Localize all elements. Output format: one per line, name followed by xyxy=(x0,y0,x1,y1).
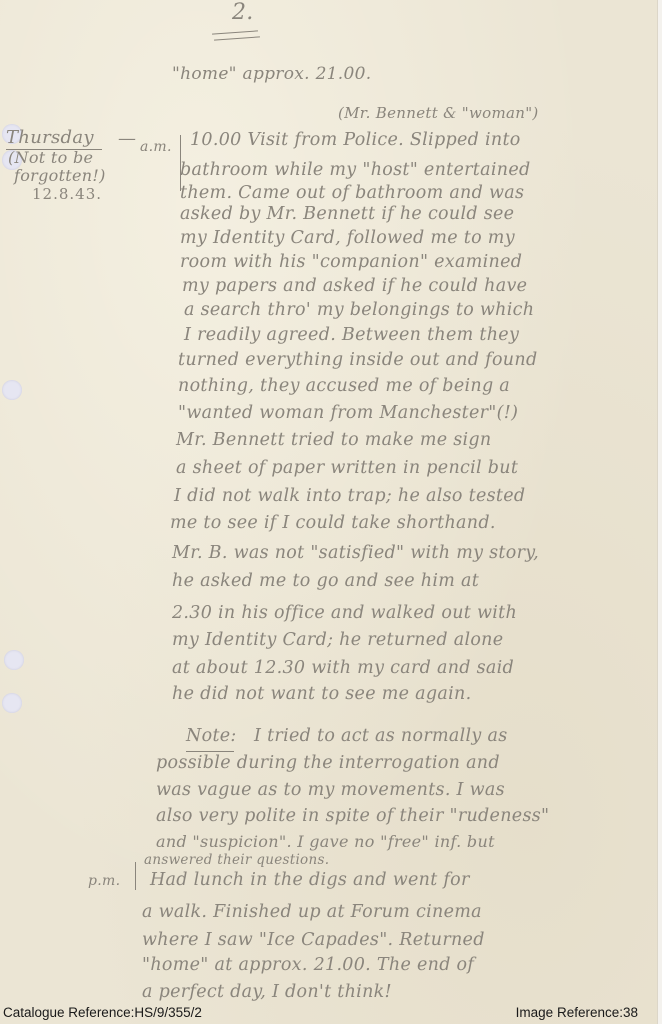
scanned-document-page: 2. "home" approx. 21.00. Thursday — (Not… xyxy=(0,0,662,1024)
am-line: asked by Mr. Bennett if he could see xyxy=(180,204,514,224)
note-line: I tried to act as normally as xyxy=(254,726,508,746)
day-note: forgotten!) xyxy=(14,166,106,185)
page-number: 2. xyxy=(232,0,254,25)
aside-note: (Mr. Bennett & "woman") xyxy=(338,104,539,122)
pm-line: a perfect day, I don't think! xyxy=(142,982,392,1002)
am-line: my Identity Card, followed me to my xyxy=(180,228,515,248)
note-line: also very polite in spite of their "rude… xyxy=(156,806,549,826)
pm-line: Had lunch in the digs and went for xyxy=(150,870,470,890)
note-line: was vague as to my movements. I was xyxy=(156,780,505,800)
am-label: a.m. xyxy=(140,139,172,155)
punch-hole xyxy=(2,693,22,713)
day-note: (Not to be xyxy=(8,148,93,167)
entry-date: 12.8.43. xyxy=(32,185,102,203)
am-line: "wanted woman from Manchester"(!) xyxy=(178,403,518,423)
note-line: and "suspicion". I gave no "free" inf. b… xyxy=(156,832,495,851)
am-line: he did not want to see me again. xyxy=(172,684,471,704)
page-edge xyxy=(657,0,662,1024)
pm-line: where I saw "Ice Capades". Returned xyxy=(142,930,485,950)
am-line: Mr. Bennett tried to make me sign xyxy=(176,430,492,450)
am-line: 2.30 in his office and walked out with xyxy=(172,603,517,623)
page-number-underline xyxy=(214,36,260,40)
am-line: my Identity Card; he returned alone xyxy=(172,630,503,650)
am-line: room with his "companion" examined xyxy=(180,252,522,272)
am-line: a search thro' my belongings to which xyxy=(184,300,534,320)
am-line: I did not walk into trap; he also tested xyxy=(174,486,525,506)
catalogue-reference: Catalogue Reference:HS/9/355/2 xyxy=(3,1005,202,1020)
am-line: nothing, they accused me of being a xyxy=(178,376,510,396)
pm-line: "home" at approx. 21.00. The end of xyxy=(142,955,474,975)
am-line: at about 12.30 with my card and said xyxy=(172,658,514,678)
note-line: answered their questions. xyxy=(144,852,329,868)
day-dash: — xyxy=(118,128,136,149)
am-line: turned everything inside out and found xyxy=(178,350,537,370)
page-number-underline xyxy=(212,30,258,34)
punch-hole xyxy=(4,650,24,670)
punch-hole xyxy=(2,380,22,400)
am-line: my papers and asked if he could have xyxy=(182,276,527,296)
image-reference: Image Reference:38 xyxy=(516,1005,638,1020)
carry-over-line: "home" approx. 21.00. xyxy=(172,64,371,84)
am-line: I readily agreed. Between them they xyxy=(184,325,519,345)
am-line: he asked me to go and see him at xyxy=(172,571,479,591)
am-line: me to see if I could take shorthand. xyxy=(170,513,496,533)
pm-line: a walk. Finished up at Forum cinema xyxy=(142,902,482,922)
am-line: a sheet of paper written in pencil but xyxy=(176,458,518,478)
am-line: bathroom while my "host" entertained xyxy=(180,160,531,180)
am-line: Mr. B. was not "satisfied" with my story… xyxy=(172,543,539,563)
am-line: 10.00 Visit from Police. Slipped into xyxy=(190,130,521,150)
am-line: them. Came out of bathroom and was xyxy=(180,183,524,203)
note-line: possible during the interrogation and xyxy=(156,753,500,773)
pm-label: p.m. xyxy=(88,873,120,889)
pm-bracket xyxy=(135,862,136,890)
entry-day: Thursday xyxy=(6,127,94,148)
note-label-underline xyxy=(186,751,234,752)
note-label: Note: xyxy=(186,726,237,746)
